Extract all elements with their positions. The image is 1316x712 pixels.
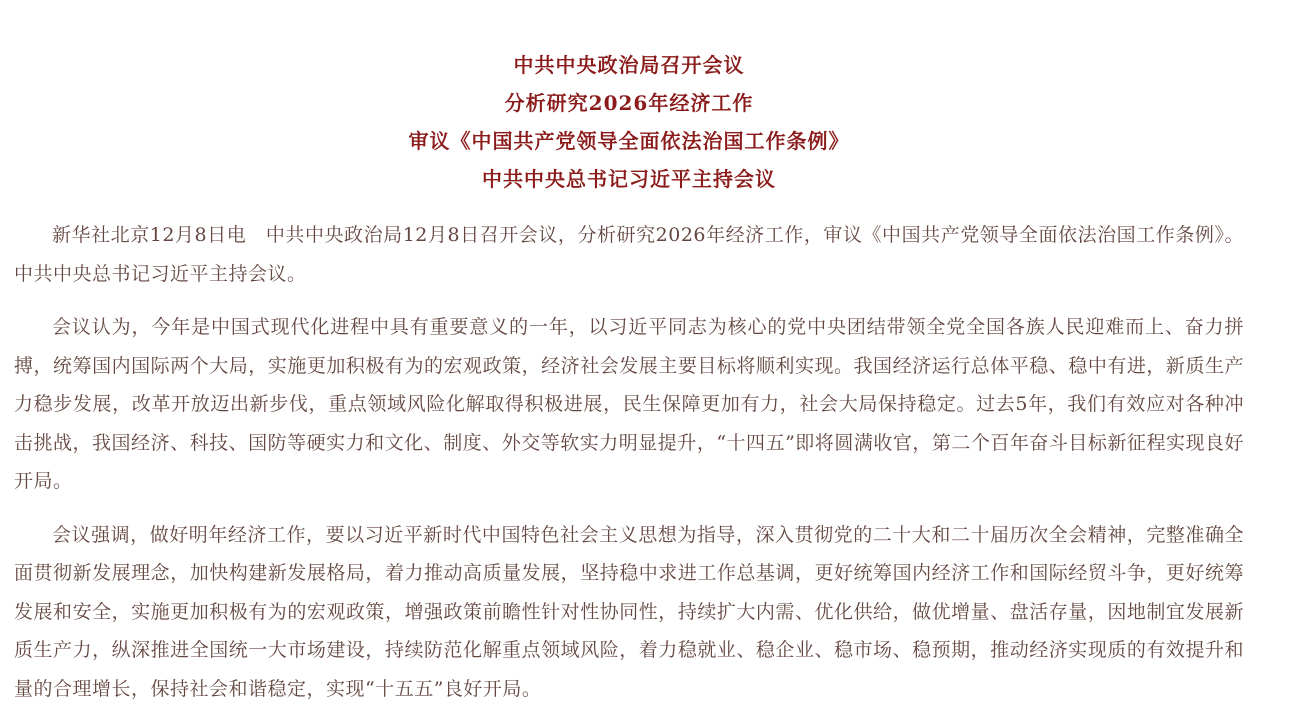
article-title-block: 中共中央政治局召开会议 分析研究2026年经济工作 审议《中国共产党领导全面依法…	[14, 46, 1244, 198]
paragraph-meeting-emphasis: 会议强调，做好明年经济工作，要以习近平新时代中国特色社会主义思想为指导，深入贯彻…	[14, 516, 1244, 709]
paragraph-dateline: 新华社北京12月8日电 中共中央政治局12月8日召开会议，分析研究2026年经济…	[14, 216, 1244, 293]
title-line-2: 分析研究2026年经济工作	[14, 84, 1244, 122]
document-page: 中共中央政治局召开会议 分析研究2026年经济工作 审议《中国共产党领导全面依法…	[0, 0, 1316, 712]
title-line-3: 审议《中国共产党领导全面依法治国工作条例》	[14, 122, 1244, 160]
article-body: 新华社北京12月8日电 中共中央政治局12月8日召开会议，分析研究2026年经济…	[14, 216, 1244, 708]
paragraph-meeting-review: 会议认为，今年是中国式现代化进程中具有重要意义的一年，以习近平同志为核心的党中央…	[14, 308, 1244, 501]
title-line-1: 中共中央政治局召开会议	[14, 46, 1244, 84]
title-line-4: 中共中央总书记习近平主持会议	[14, 160, 1244, 198]
